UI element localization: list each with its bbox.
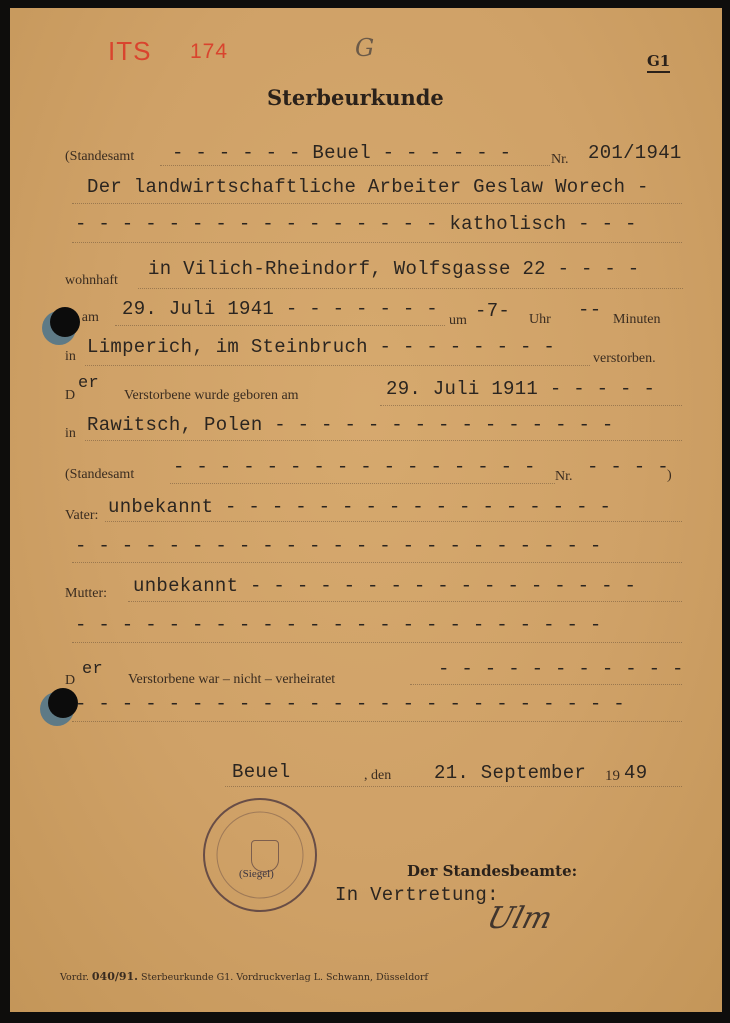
footer-form-number: 040/91.: [92, 970, 138, 983]
residence-label: wohnhaft: [65, 273, 118, 289]
rule: [225, 786, 682, 787]
registry-value: - - - - - - Beuel - - - - - -: [172, 142, 511, 164]
registry-label: (Standesamt: [65, 149, 134, 165]
um-label: um: [449, 313, 467, 329]
marital-label: Verstorbene war – nicht – verheiratet: [128, 672, 335, 688]
signature-mark: Ulm: [483, 901, 556, 936]
registry-nr-value: 201/1941: [588, 142, 682, 164]
death-date-value: 29. Juli 1941 - - - - - - -: [122, 298, 438, 320]
death-place-in-label: in: [65, 349, 76, 365]
punch-hole-icon: [50, 307, 80, 337]
rule: [105, 521, 682, 522]
minuten-label: Minuten: [613, 312, 660, 328]
rule: [410, 684, 682, 685]
death-hour-value: -7-: [475, 300, 510, 322]
rule: [72, 242, 682, 243]
birth-registry-value: - - - - - - - - - - - - - - - -: [173, 456, 536, 478]
issue-date: 21. September: [434, 762, 586, 784]
marital-line-2: - - - - - - - - - - - - - - - - - - - - …: [75, 693, 625, 715]
birth-d-label: D: [65, 388, 75, 404]
father-label: Vater:: [65, 508, 98, 524]
footer-prefix: Vordr.: [60, 972, 89, 983]
birth-date-value: 29. Juli 1911 - - - - -: [386, 378, 655, 400]
death-minute-value: --: [578, 299, 601, 321]
form-footer: Vordr. 040/91. Sterbeurkunde G1. Vordruc…: [60, 970, 428, 983]
death-place-value: Limperich, im Steinbruch - - - - - - - -: [87, 336, 555, 358]
rule: [128, 601, 682, 602]
rule: [170, 483, 555, 484]
rule: [138, 288, 683, 289]
rule: [160, 165, 550, 166]
form-code: G1: [647, 52, 670, 73]
document-title: Sterbeurkunde: [267, 85, 444, 110]
issue-year-prefix: 19: [605, 768, 620, 785]
issue-place: Beuel: [232, 761, 291, 783]
father-line-2: - - - - - - - - - - - - - - - - - - - - …: [75, 535, 602, 557]
mother-line-2: - - - - - - - - - - - - - - - - - - - - …: [75, 614, 602, 636]
rule: [85, 440, 682, 441]
mother-label: Mutter:: [65, 586, 107, 602]
birth-registry-label: (Standesamt: [65, 467, 134, 483]
rule: [72, 562, 682, 563]
person-line-2: - - - - - - - - - - - - - - - - katholis…: [75, 213, 637, 235]
marital-value: - - - - - - - - - - -: [438, 658, 684, 680]
registry-nr-label: Nr.: [551, 152, 569, 168]
issue-year-suffix: 49: [624, 762, 647, 784]
marital-d-label: D: [65, 673, 75, 689]
rule: [72, 721, 682, 722]
archive-number: 174: [190, 40, 228, 64]
birth-place-value: Rawitsch, Polen - - - - - - - - - - - - …: [87, 414, 614, 436]
person-line-1: Der landwirtschaftliche Arbeiter Geslaw …: [87, 176, 649, 198]
rule: [85, 365, 590, 366]
birth-nr-label: Nr.: [555, 469, 573, 485]
marital-er-value: er: [82, 660, 103, 679]
den-label: , den: [364, 768, 391, 784]
punch-hole-icon: [48, 688, 78, 718]
birth-er-value: er: [78, 374, 99, 393]
footer-text: Sterbeurkunde G1. Vordruckverlag L. Schw…: [141, 972, 428, 983]
residence-value: in Vilich-Rheindorf, Wolfsgasse 22 - - -…: [148, 258, 639, 280]
birth-nr-value: - - - -: [587, 456, 669, 478]
archive-stamp: ITS: [108, 36, 151, 67]
rule: [72, 203, 682, 204]
birth-place-in-label: in: [65, 426, 76, 442]
birth-label: Verstorbene wurde geboren am: [124, 388, 299, 404]
rule: [115, 325, 445, 326]
close-paren: ): [667, 468, 672, 484]
father-value: unbekannt - - - - - - - - - - - - - - - …: [108, 496, 611, 518]
deputy-label: In Vertretung:: [335, 884, 499, 906]
rule: [72, 642, 682, 643]
mother-value: unbekannt - - - - - - - - - - - - - - - …: [133, 575, 636, 597]
rule: [380, 405, 682, 406]
uhr-label: Uhr: [529, 312, 551, 328]
official-seal: (Siegel): [203, 798, 317, 912]
death-certificate-document: ITS 174 G G1 Sterbeurkunde (Standesamt -…: [10, 8, 722, 1012]
seal-text: (Siegel): [239, 868, 274, 880]
verstorben-label: verstorben.: [593, 351, 656, 367]
registrar-title: Der Standesbeamte:: [407, 862, 577, 880]
pencil-mark: G: [355, 34, 374, 62]
